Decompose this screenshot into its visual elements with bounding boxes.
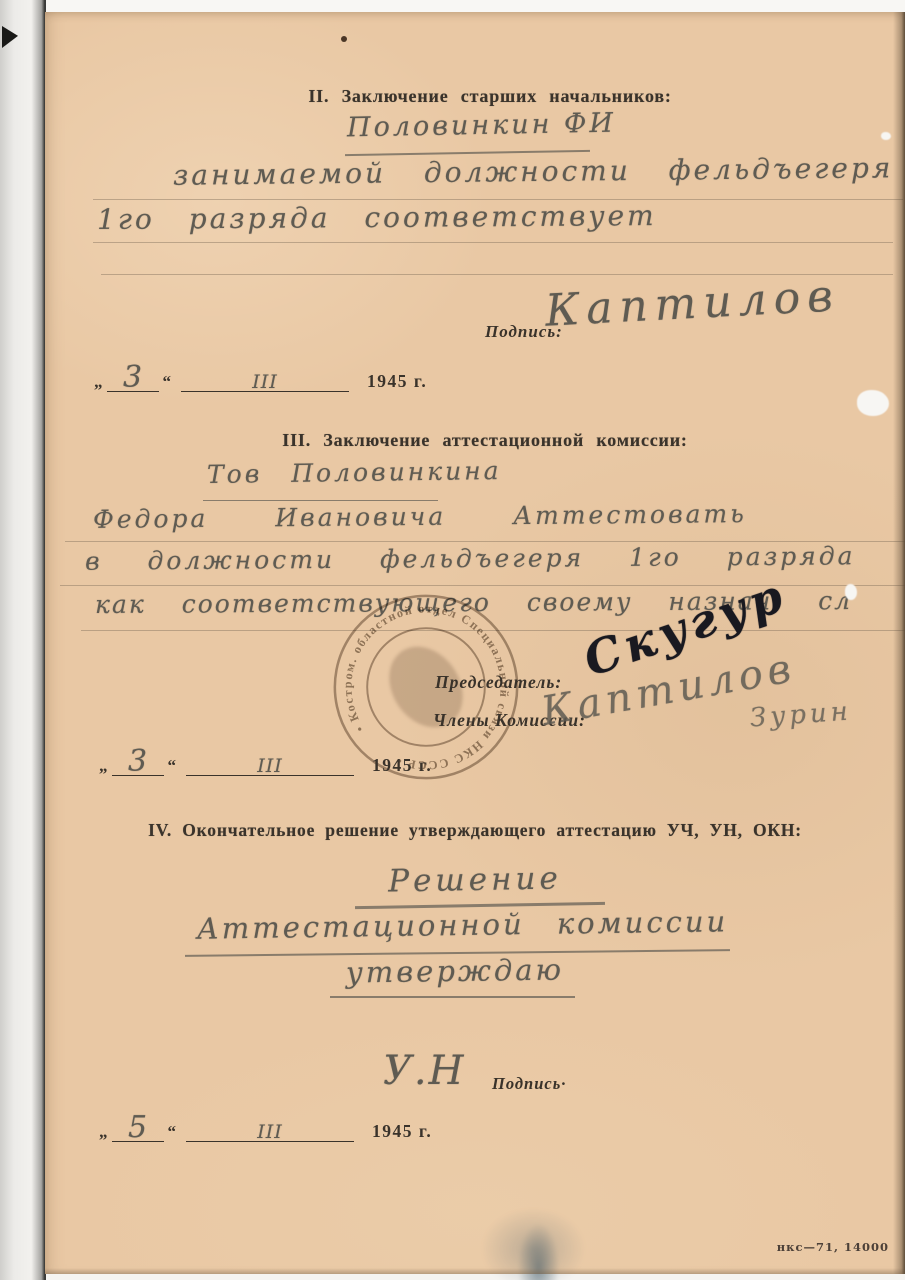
date-row-iv: „ 5 “ III 1945 г. (95, 1106, 432, 1142)
section-iv-heading: IV. Окончательное решение утверждающего … (125, 820, 825, 841)
day-blank: 5 (112, 1106, 164, 1142)
signature-ii: Каптилов (544, 270, 841, 336)
paper-right-edge (893, 12, 905, 1274)
day-blank: 3 (112, 740, 164, 776)
handwritten-day: 3 (128, 744, 147, 779)
print-run-code: нкс—71, 14000 (777, 1240, 889, 1254)
close-quote: “ (168, 1122, 177, 1142)
ink-smudge (445, 1192, 615, 1280)
paper-hole (341, 36, 347, 42)
resolution-initials: У.Н (383, 1048, 466, 1094)
member-signature-2: Зурин (749, 696, 853, 733)
close-quote: “ (163, 372, 172, 392)
scanner-bed-left (0, 0, 46, 1280)
handwritten-line: занимаемой должности фельдъегеря (173, 151, 894, 192)
handwritten-line: Федора Ивановича Аттестовать (93, 499, 747, 534)
handwritten-month: III (257, 755, 283, 777)
handwritten-name-line: Половинкин ФИ (347, 108, 616, 144)
handwritten-month: III (257, 1121, 283, 1143)
printed-year: 1945 г. (372, 755, 432, 776)
month-blank: III (181, 369, 349, 392)
open-quote: „ (99, 1122, 108, 1142)
form-rule (93, 242, 893, 243)
handwritten-day: 3 (123, 360, 142, 395)
printed-year: 1945 г. (367, 371, 427, 392)
open-quote: „ (99, 756, 108, 776)
pencil-underline (330, 996, 575, 998)
date-row-ii: „ 3 “ III 1945 г. (90, 356, 427, 392)
pencil-underline (203, 500, 438, 501)
torn-spot (881, 132, 891, 140)
scanned-document: II. Заключение старших начальников: Поло… (0, 0, 905, 1280)
handwritten-line: утверждаю (330, 952, 580, 989)
torn-spot (857, 390, 889, 416)
handwritten-line: 1го разряда соответствует (97, 199, 657, 236)
open-quote: „ (94, 372, 103, 392)
torn-spot (845, 584, 857, 600)
handwritten-month: III (252, 371, 278, 393)
section-ii-heading: II. Заключение старших начальников: (240, 86, 740, 107)
printed-year: 1945 г. (372, 1121, 432, 1142)
date-row-iii: „ 3 “ III 1945 г. (95, 740, 432, 776)
handwritten-line: Тов Половинкина (207, 456, 502, 489)
document-paper: II. Заключение старших начальников: Поло… (45, 12, 905, 1274)
day-blank: 3 (107, 356, 159, 392)
close-quote: “ (168, 756, 177, 776)
paper-bottom-edge (45, 1268, 905, 1274)
handwritten-line: в должности фельдъегеря 1го разряда (85, 541, 856, 575)
handwritten-day: 5 (128, 1110, 147, 1145)
signature-label-iv: Подпись· (492, 1074, 566, 1094)
section-iii-heading: III. Заключение аттестационной комиссии: (235, 430, 735, 451)
month-blank: III (186, 1119, 354, 1142)
handwritten-line: Решение (325, 859, 626, 900)
month-blank: III (186, 753, 354, 776)
handwritten-line: Аттестационной комиссии (190, 904, 735, 946)
